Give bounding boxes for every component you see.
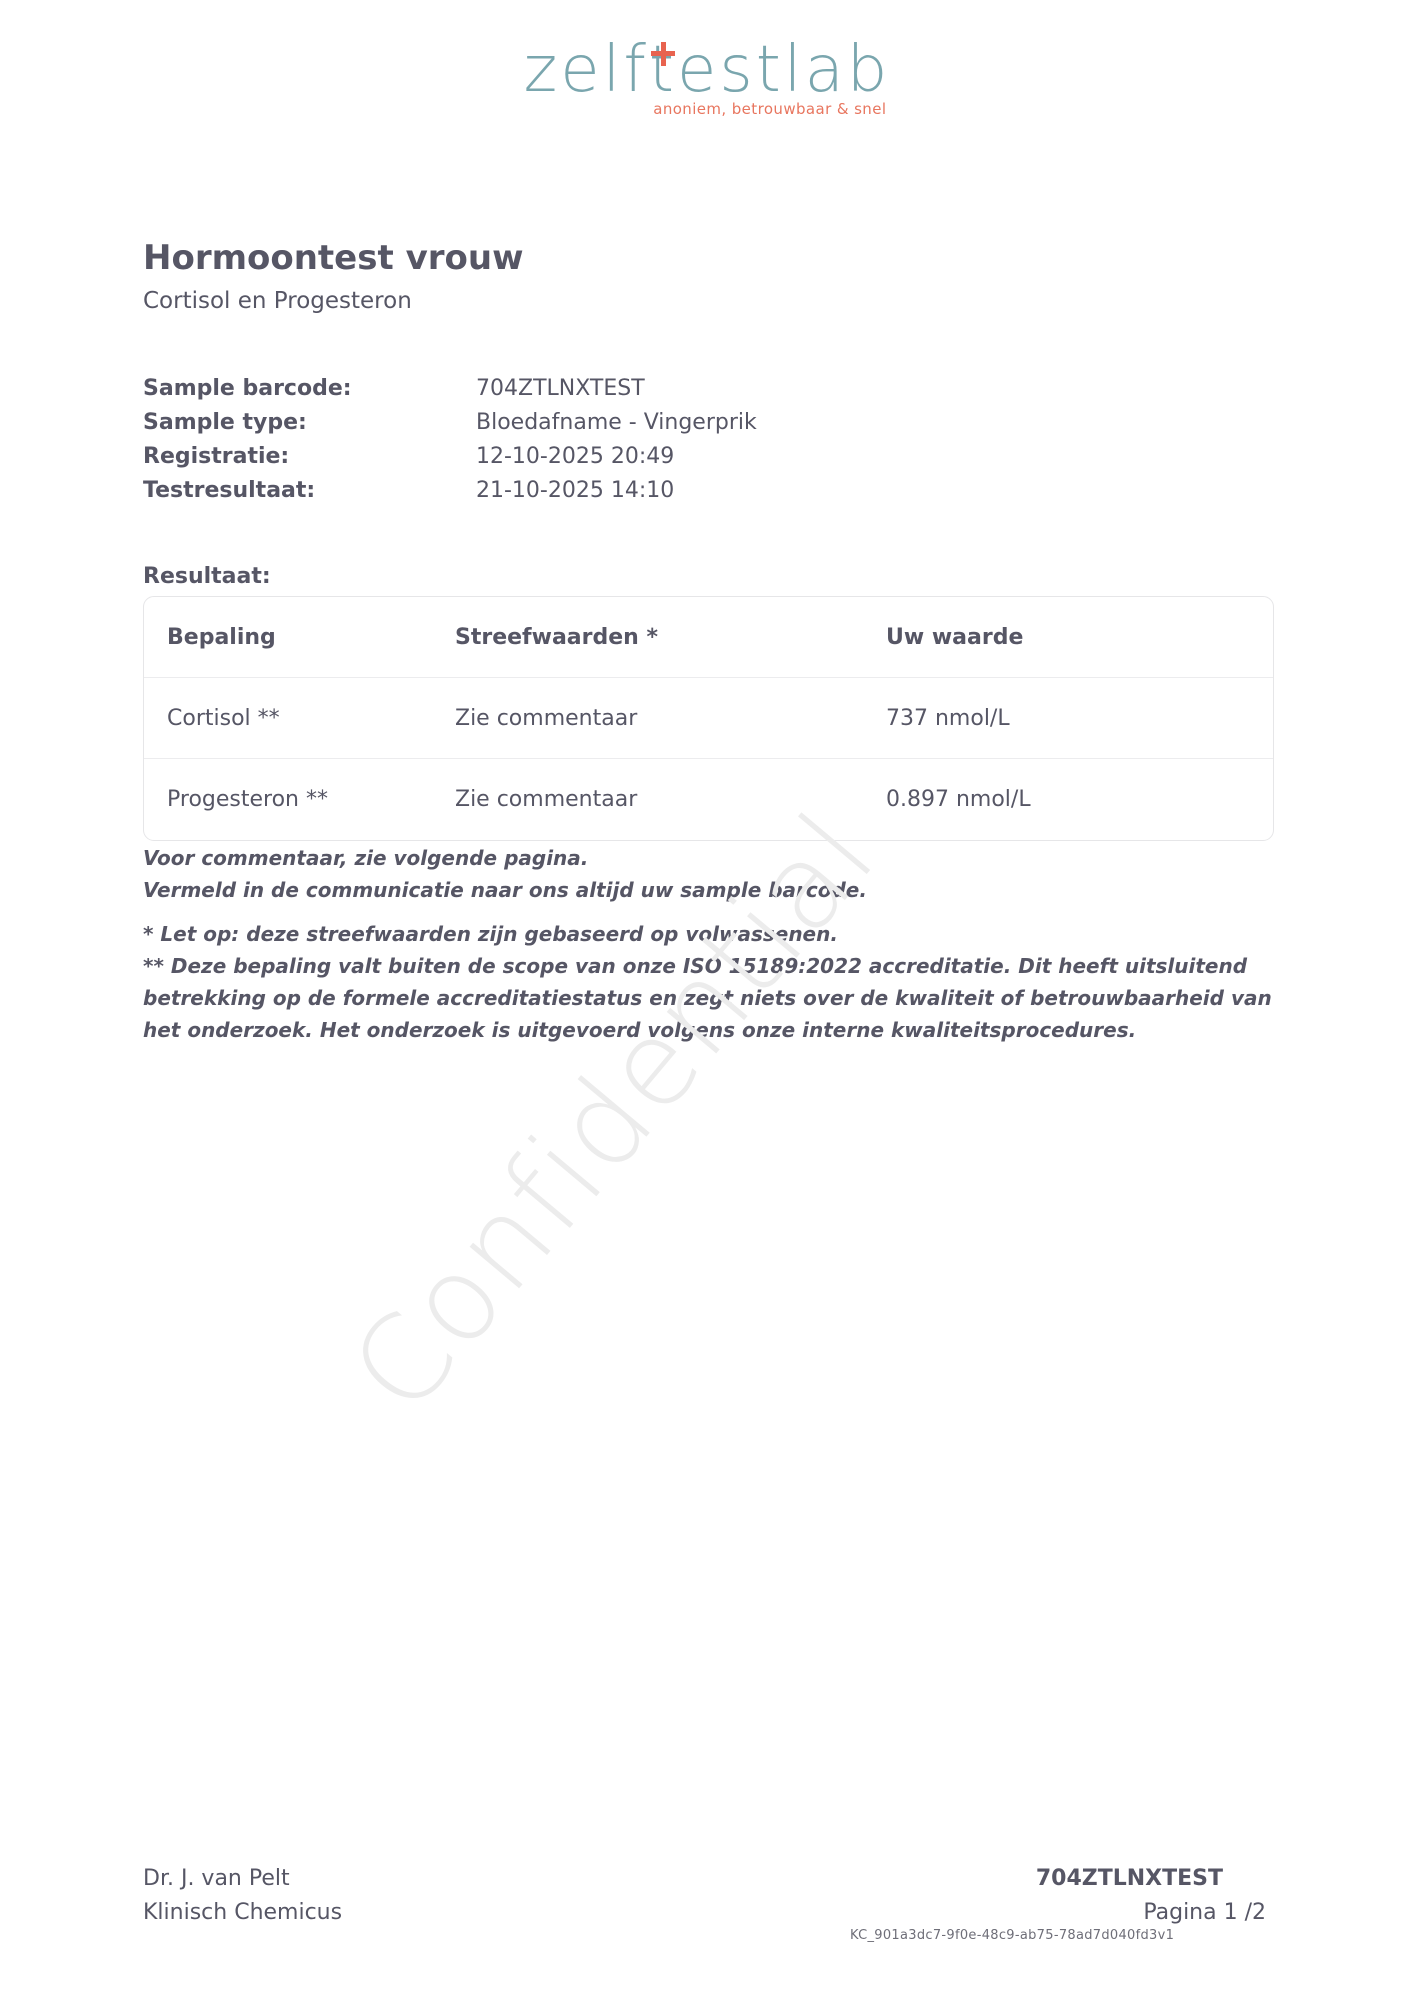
info-label: Registratie:	[143, 444, 476, 469]
cell-streefwaarden: Zie commentaar	[455, 706, 886, 731]
note-barcode-reminder: Vermeld in de communicatie naar ons alti…	[143, 874, 1283, 906]
footer-barcode: 704ZTLNXTEST	[1036, 1862, 1266, 1896]
footer-right: 704ZTLNXTEST Pagina 1 /2	[1036, 1862, 1266, 1930]
results-heading: Resultaat:	[143, 564, 271, 589]
info-value: Bloedafname - Vingerprik	[476, 410, 757, 435]
cell-uw-waarde: 0.897 nmol/L	[886, 787, 1031, 812]
logo-t-letter: t	[649, 38, 677, 102]
info-row-registratie: Registratie: 12-10-2025 20:49	[143, 439, 757, 473]
red-cross-icon	[651, 42, 675, 66]
info-label: Sample barcode:	[143, 376, 476, 401]
info-value: 12-10-2025 20:49	[476, 444, 674, 469]
page-title: Hormoontest vrouw	[143, 238, 523, 278]
document-id: KC_901a3dc7-9f0e-48c9-ab75-78ad7d040fd3v…	[850, 1928, 1174, 1943]
signer-role: Klinisch Chemicus	[143, 1896, 342, 1930]
table-row: Progesteron ** Zie commentaar 0.897 nmol…	[144, 759, 1273, 839]
page-subtitle: Cortisol en Progesteron	[143, 288, 412, 314]
signer: Dr. J. van Pelt Klinisch Chemicus	[143, 1862, 342, 1930]
page-number: Pagina 1 /2	[1036, 1896, 1266, 1930]
sample-info: Sample barcode: 704ZTLNXTEST Sample type…	[143, 371, 757, 507]
info-label: Testresultaat:	[143, 478, 476, 503]
column-header-bepaling: Bepaling	[144, 625, 455, 650]
info-row-barcode: Sample barcode: 704ZTLNXTEST	[143, 371, 757, 405]
cell-bepaling: Progesteron **	[144, 787, 455, 812]
results-table: Bepaling Streefwaarden * Uw waarde Corti…	[143, 596, 1274, 841]
info-value: 704ZTLNXTEST	[476, 376, 645, 401]
logo: zelftestlab anoniem, betrouwbaar & snel	[0, 38, 1414, 118]
footnote-accreditation: ** Deze bepaling valt buiten de scope va…	[143, 950, 1283, 1046]
info-value: 21-10-2025 14:10	[476, 478, 674, 503]
cell-uw-waarde: 737 nmol/L	[886, 706, 1010, 731]
info-row-sample-type: Sample type: Bloedafname - Vingerprik	[143, 405, 757, 439]
cell-bepaling: Cortisol **	[144, 706, 455, 731]
logo-wordmark: zelftestlab	[524, 38, 891, 102]
table-row: Cortisol ** Zie commentaar 737 nmol/L	[144, 678, 1273, 759]
column-header-uw-waarde: Uw waarde	[886, 625, 1023, 650]
info-label: Sample type:	[143, 410, 476, 435]
signer-name: Dr. J. van Pelt	[143, 1862, 342, 1896]
info-row-testresultaat: Testresultaat: 21-10-2025 14:10	[143, 473, 757, 507]
cell-streefwaarden: Zie commentaar	[455, 787, 886, 812]
column-header-streefwaarden: Streefwaarden *	[455, 625, 886, 650]
footnote-reference-values: * Let op: deze streefwaarden zijn gebase…	[143, 918, 1283, 950]
table-header-row: Bepaling Streefwaarden * Uw waarde	[144, 597, 1273, 678]
note-comment-reference: Voor commentaar, zie volgende pagina.	[143, 842, 1283, 874]
notes: Voor commentaar, zie volgende pagina. Ve…	[143, 842, 1283, 1046]
